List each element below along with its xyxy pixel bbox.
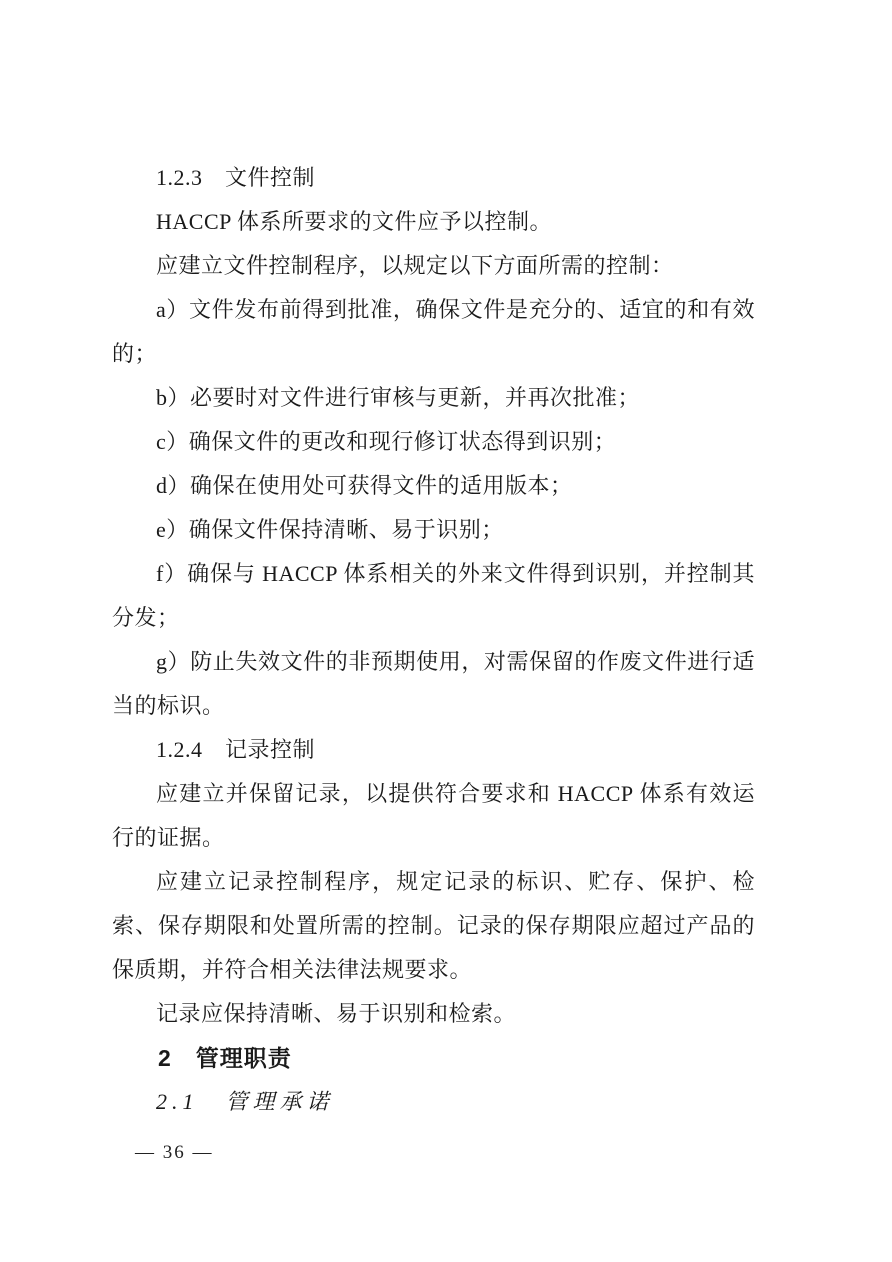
- section-heading: 2 管理职责: [112, 1036, 755, 1080]
- document-page: 1.2.3 文件控制HACCP 体系所要求的文件应予以控制。应建立文件控制程序，…: [0, 0, 892, 1262]
- section-heading: 1.2.3 文件控制: [112, 156, 755, 200]
- paragraph: b）必要时对文件进行审核与更新，并再次批准；: [112, 376, 755, 420]
- paragraph: c）确保文件的更改和现行修订状态得到识别；: [112, 420, 755, 464]
- paragraph: 应建立文件控制程序，以规定以下方面所需的控制：: [112, 244, 755, 288]
- paragraph: f）确保与 HACCP 体系相关的外来文件得到识别，并控制其分发；: [112, 552, 755, 640]
- paragraph: HACCP 体系所要求的文件应予以控制。: [112, 200, 755, 244]
- paragraph: 记录应保持清晰、易于识别和检索。: [112, 992, 755, 1036]
- paragraph: 应建立记录控制程序，规定记录的标识、贮存、保护、检索、保存期限和处置所需的控制。…: [112, 860, 755, 992]
- paragraph: g）防止失效文件的非预期使用，对需保留的作废文件进行适当的标识。: [112, 640, 755, 728]
- section-heading: 2.1 管理承诺: [112, 1080, 755, 1124]
- document-body: 1.2.3 文件控制HACCP 体系所要求的文件应予以控制。应建立文件控制程序，…: [112, 156, 755, 1124]
- paragraph: d）确保在使用处可获得文件的适用版本；: [112, 464, 755, 508]
- paragraph: e）确保文件保持清晰、易于识别；: [112, 508, 755, 552]
- page-number: — 36 —: [135, 1138, 214, 1168]
- section-heading: 1.2.4 记录控制: [112, 728, 755, 772]
- paragraph: a）文件发布前得到批准，确保文件是充分的、适宜的和有效的；: [112, 288, 755, 376]
- paragraph: 应建立并保留记录，以提供符合要求和 HACCP 体系有效运行的证据。: [112, 772, 755, 860]
